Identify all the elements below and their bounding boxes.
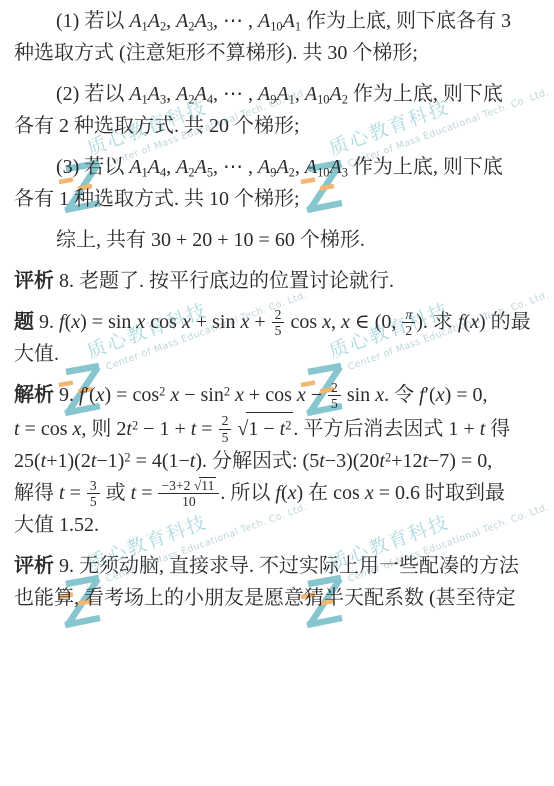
- math-variable: t: [59, 482, 65, 504]
- math-variable: x: [71, 311, 80, 333]
- text-line: 解得 t = 35 或 t = −3+2 √1110. 所以 f(x) 在 co…: [14, 477, 542, 509]
- math-variable: x: [365, 482, 374, 504]
- fraction-denominator: 5: [328, 396, 341, 411]
- fraction: −3+2 √1110: [157, 477, 220, 509]
- fraction: 25: [327, 380, 342, 411]
- superscript: 2: [385, 450, 391, 464]
- math-variable: A: [195, 83, 207, 105]
- fraction-numerator: 3: [87, 478, 100, 494]
- fraction-numerator: π: [402, 307, 415, 323]
- paragraph: (3) 若以 A1A4, A2A5, ⋯ , A9A2, A10A3 作为上底,…: [14, 151, 542, 215]
- math-variable: A: [176, 156, 188, 178]
- subscript: 5: [207, 166, 213, 180]
- math-variable: A: [148, 10, 160, 32]
- text-line: t = cos x, 则 2t2 − 1 + t = 25 √1 − t2. 平…: [14, 412, 542, 445]
- fraction-denominator: 2: [402, 323, 415, 338]
- fraction: π2: [401, 307, 416, 338]
- math-variable: f: [59, 311, 65, 333]
- math-variable: A: [258, 156, 270, 178]
- math-variable: t: [190, 450, 196, 472]
- math-variable: f: [458, 311, 464, 333]
- subscript: 1: [295, 20, 301, 34]
- math-variable: A: [129, 83, 141, 105]
- text-line: 解析 9. f′(x) = cos2 x − sin2 x + cos x − …: [14, 379, 542, 411]
- text-line: (3) 若以 A1A4, A2A5, ⋯ , A9A2, A10A3 作为上底,…: [14, 151, 542, 183]
- math-variable: f: [79, 384, 85, 406]
- paragraph-label: 解析: [14, 384, 54, 406]
- math-variable: A: [148, 156, 160, 178]
- text-line: 综上, 共有 30 + 20 + 10 = 60 个梯形.: [14, 224, 542, 256]
- math-variable: x: [73, 418, 82, 440]
- paragraph: 评析 8. 老题了. 按平行底边的位置讨论就行.: [14, 265, 542, 297]
- paragraph: 综上, 共有 30 + 20 + 10 = 60 个梯形.: [14, 224, 542, 256]
- math-variable: x: [288, 482, 297, 504]
- subscript: 10: [317, 93, 329, 107]
- fraction-numerator: 2: [219, 413, 232, 429]
- math-variable: t: [91, 450, 97, 472]
- fraction: 35: [86, 478, 101, 509]
- math-variable: x: [470, 311, 479, 333]
- radicand: 11: [199, 477, 216, 493]
- paragraph-label: 题: [14, 311, 34, 333]
- superscript: 2: [224, 385, 230, 399]
- superscript: 2: [124, 450, 130, 464]
- paragraph: (1) 若以 A1A2, A2A3, ⋯ , A10A1 作为上底, 则下底各有…: [14, 5, 542, 69]
- math-variable: x: [240, 311, 249, 333]
- text-line: 也能算, 看考场上的小朋友是愿意猜半天配系数 (甚至待定: [14, 582, 542, 614]
- subscript: 2: [289, 166, 295, 180]
- math-variable: A: [305, 156, 317, 178]
- math-variable: A: [195, 10, 207, 32]
- math-variable: t: [41, 450, 47, 472]
- math-variable: A: [329, 156, 341, 178]
- subscript: 1: [289, 93, 295, 107]
- solution-content: (1) 若以 A1A2, A2A3, ⋯ , A10A1 作为上底, 则下底各有…: [14, 5, 542, 614]
- math-variable: t: [14, 418, 20, 440]
- fraction: 25: [271, 307, 286, 338]
- text-line: 25(t+1)(2t−1)2 = 4(1−t). 分解因式: (5t−3)(20…: [14, 445, 542, 477]
- paragraph: 评析 9. 无须动脑, 直接求导. 不过实际上用一些配凑的方法也能算, 看考场上…: [14, 550, 542, 614]
- text-line: 评析 8. 老题了. 按平行底边的位置讨论就行.: [14, 265, 542, 297]
- document-page: 质心教育科技Center of Mass Educational Tech. C…: [0, 0, 554, 786]
- math-variable: A: [195, 156, 207, 178]
- math-variable: x: [182, 311, 191, 333]
- math-variable: A: [176, 10, 188, 32]
- text-line: 各有 1 种选取方式. 共 10 个梯形;: [14, 183, 542, 215]
- subscript: 3: [160, 93, 166, 107]
- text-line: (2) 若以 A1A3, A2A4, ⋯ , A9A1, A10A2 作为上底,…: [14, 78, 542, 110]
- subscript: 10: [317, 166, 329, 180]
- math-variable: A: [329, 83, 341, 105]
- text-line: 题 9. f(x) = sin x cos x + sin x + 25 cos…: [14, 306, 542, 338]
- math-variable: π: [405, 307, 412, 322]
- superscript: 2: [285, 418, 291, 432]
- subscript: 2: [342, 93, 348, 107]
- math-variable: x: [436, 384, 445, 406]
- math-variable: x: [297, 384, 306, 406]
- subscript: 4: [160, 166, 166, 180]
- paragraph: (2) 若以 A1A3, A2A4, ⋯ , A9A1, A10A2 作为上底,…: [14, 78, 542, 142]
- math-variable: t: [319, 450, 325, 472]
- math-variable: x: [375, 384, 384, 406]
- text-line: 评析 9. 无须动脑, 直接求导. 不过实际上用一些配凑的方法: [14, 550, 542, 582]
- math-variable: A: [258, 83, 270, 105]
- fraction-denominator: 10: [158, 494, 219, 509]
- fraction-denominator: 5: [272, 323, 285, 338]
- math-variable: A: [283, 10, 295, 32]
- math-variable: A: [276, 83, 288, 105]
- text-line: 大值 1.52.: [14, 509, 542, 541]
- subscript: 2: [160, 20, 166, 34]
- math-variable: x: [170, 384, 179, 406]
- subscript: 3: [207, 20, 213, 34]
- paragraph-label: 评析: [14, 555, 54, 577]
- math-variable: t: [422, 450, 428, 472]
- paragraph: 题 9. f(x) = sin x cos x + sin x + 25 cos…: [14, 306, 542, 370]
- math-variable: x: [322, 311, 331, 333]
- square-root: √1 − t2: [237, 412, 293, 445]
- text-line: 各有 2 种选取方式. 共 20 个梯形;: [14, 110, 542, 142]
- math-variable: A: [129, 156, 141, 178]
- radicand: 1 − t2: [246, 412, 293, 445]
- subscript: 4: [207, 93, 213, 107]
- math-variable: f: [275, 482, 281, 504]
- superscript: 2: [159, 385, 165, 399]
- square-root: √11: [194, 477, 217, 493]
- math-variable: A: [276, 156, 288, 178]
- math-variable: x: [136, 311, 145, 333]
- paragraph-label: 评析: [14, 270, 54, 292]
- text-line: 种选取方式 (注意矩形不算梯形). 共 30 个梯形;: [14, 37, 542, 69]
- fraction-denominator: 5: [87, 494, 100, 509]
- math-variable: A: [258, 10, 270, 32]
- math-variable: A: [129, 10, 141, 32]
- math-variable: t: [131, 482, 137, 504]
- math-variable: x: [341, 311, 350, 333]
- fraction-numerator: −3+2 √11: [158, 477, 219, 494]
- math-variable: t: [191, 418, 197, 440]
- fraction-numerator: 2: [272, 307, 285, 323]
- paragraph: 解析 9. f′(x) = cos2 x − sin2 x + cos x − …: [14, 379, 542, 541]
- text-line: 大值.: [14, 338, 542, 370]
- math-variable: x: [96, 384, 105, 406]
- fraction-numerator: 2: [328, 380, 341, 396]
- fraction-denominator: 5: [219, 430, 232, 445]
- text-line: (1) 若以 A1A2, A2A3, ⋯ , A10A1 作为上底, 则下底各有…: [14, 5, 542, 37]
- math-variable: f: [419, 384, 425, 406]
- subscript: 3: [342, 166, 348, 180]
- superscript: 2: [132, 418, 138, 432]
- fraction: 25: [218, 413, 233, 444]
- subscript: 10: [270, 20, 282, 34]
- math-variable: x: [235, 384, 244, 406]
- math-variable: A: [176, 83, 188, 105]
- math-variable: t: [480, 418, 486, 440]
- math-variable: A: [148, 83, 160, 105]
- math-variable: A: [305, 83, 317, 105]
